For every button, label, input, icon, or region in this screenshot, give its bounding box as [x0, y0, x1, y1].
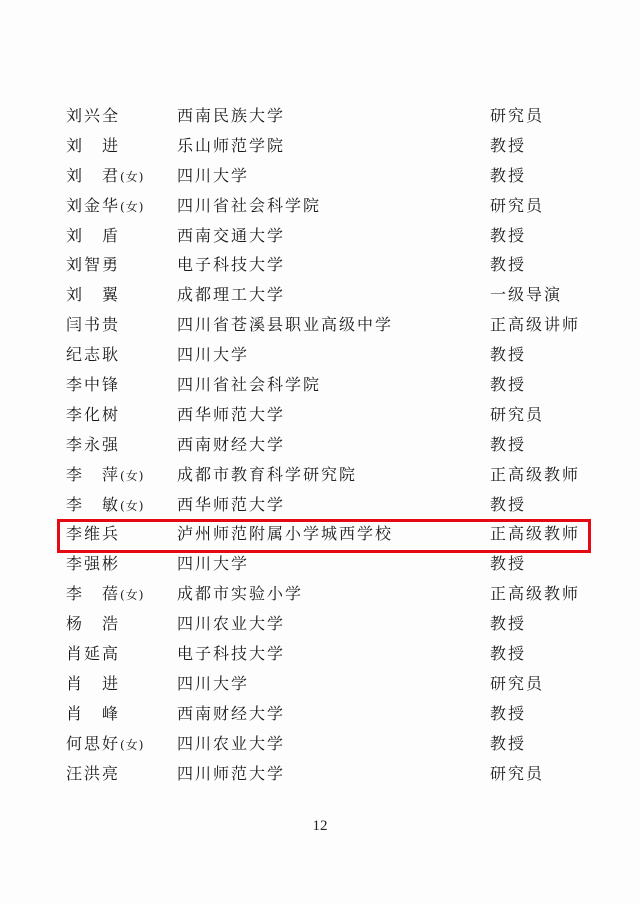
- table-row: 李敏(女)西华师范大学教授: [0, 490, 640, 520]
- person-name: 李蓓(女): [66, 579, 176, 611]
- professional-title: 正高级教师: [490, 460, 610, 490]
- table-row: 闫书贵四川省苍溪县职业高级中学正高级讲师: [0, 310, 640, 340]
- table-row: 刘金华(女)四川省社会科学院研究员: [0, 191, 640, 221]
- professional-title: 研究员: [490, 759, 610, 789]
- organization: 西华师范大学: [177, 400, 477, 430]
- professional-title: 教授: [490, 609, 610, 639]
- roster-list: 刘兴全西南民族大学研究员刘进乐山师范学院教授刘君(女)四川大学教授刘金华(女)四…: [0, 101, 640, 788]
- name-surname: 肖: [66, 669, 84, 699]
- professional-title: 教授: [490, 490, 610, 520]
- name-surname: 李: [66, 579, 84, 609]
- table-row: 肖延高电子科技大学教授: [0, 639, 640, 669]
- name-given: 萍: [102, 460, 120, 490]
- name-given: 蓓: [102, 579, 120, 609]
- name-full: 肖延高: [66, 639, 120, 669]
- name-surname: 杨: [66, 609, 84, 639]
- professional-title: 教授: [490, 250, 610, 280]
- name-full: 李中锋: [66, 370, 120, 400]
- name-full: 李维兵: [66, 519, 120, 549]
- professional-title: 正高级教师: [490, 579, 610, 609]
- gender-tag: (女): [120, 588, 144, 602]
- person-name: 刘智勇: [66, 250, 176, 280]
- person-name: 李强彬: [66, 549, 176, 579]
- professional-title: 教授: [490, 549, 610, 579]
- person-name: 汪洪亮: [66, 759, 176, 789]
- professional-title: 教授: [490, 221, 610, 251]
- organization: 西华师范大学: [177, 490, 477, 520]
- person-name: 刘翼: [66, 280, 176, 310]
- name-full: 何思好: [66, 729, 120, 759]
- person-name: 李敏(女): [66, 490, 176, 522]
- name-full: 汪洪亮: [66, 759, 120, 789]
- name-given: 进: [102, 669, 120, 699]
- gender-tag: (女): [120, 200, 144, 214]
- name-full: 纪志耿: [66, 340, 120, 370]
- name-surname: 刘: [66, 280, 84, 310]
- table-row: 刘智勇电子科技大学教授: [0, 250, 640, 280]
- organization: 成都市实验小学: [177, 579, 477, 609]
- professional-title: 研究员: [490, 400, 610, 430]
- person-name: 李中锋: [66, 370, 176, 400]
- table-row: 刘翼成都理工大学一级导演: [0, 280, 640, 310]
- organization: 四川省社会科学院: [177, 370, 477, 400]
- organization: 西南财经大学: [177, 699, 477, 729]
- person-name: 刘金华(女): [66, 191, 176, 223]
- organization: 四川省苍溪县职业高级中学: [177, 310, 477, 340]
- name-full: 李永强: [66, 430, 120, 460]
- table-row: 李强彬四川大学教授: [0, 549, 640, 579]
- person-name: 刘进: [66, 131, 176, 161]
- person-name: 杨浩: [66, 609, 176, 639]
- person-name: 李永强: [66, 430, 176, 460]
- organization: 电子科技大学: [177, 639, 477, 669]
- table-row: 李蓓(女)成都市实验小学正高级教师: [0, 579, 640, 609]
- table-row: 李化树西华师范大学研究员: [0, 400, 640, 430]
- page-number: 12: [0, 818, 640, 835]
- person-name: 纪志耿: [66, 340, 176, 370]
- name-given: 浩: [102, 609, 120, 639]
- table-row: 刘进乐山师范学院教授: [0, 131, 640, 161]
- organization: 泸州师范附属小学城西学校: [177, 519, 477, 549]
- organization: 西南民族大学: [177, 101, 477, 131]
- table-row: 纪志耿四川大学教授: [0, 340, 640, 370]
- professional-title: 研究员: [490, 669, 610, 699]
- name-surname: 肖: [66, 699, 84, 729]
- name-surname: 刘: [66, 131, 84, 161]
- name-full: 刘金华: [66, 191, 120, 221]
- organization: 四川省社会科学院: [177, 191, 477, 221]
- name-given: 进: [102, 131, 120, 161]
- name-full: 李化树: [66, 400, 120, 430]
- document-page: 刘兴全西南民族大学研究员刘进乐山师范学院教授刘君(女)四川大学教授刘金华(女)四…: [0, 0, 640, 904]
- organization: 四川农业大学: [177, 609, 477, 639]
- name-surname: 李: [66, 490, 84, 520]
- table-row: 李中锋四川省社会科学院教授: [0, 370, 640, 400]
- organization: 成都市教育科学研究院: [177, 460, 477, 490]
- name-given: 峰: [102, 699, 120, 729]
- table-row: 杨浩四川农业大学教授: [0, 609, 640, 639]
- table-row: 刘君(女)四川大学教授: [0, 161, 640, 191]
- organization: 乐山师范学院: [177, 131, 477, 161]
- professional-title: 教授: [490, 131, 610, 161]
- table-row: 汪洪亮四川师范大学研究员: [0, 759, 640, 789]
- person-name: 李化树: [66, 400, 176, 430]
- professional-title: 教授: [490, 639, 610, 669]
- name-given: 翼: [102, 280, 120, 310]
- name-full: 闫书贵: [66, 310, 120, 340]
- name-full: 刘兴全: [66, 101, 120, 131]
- professional-title: 教授: [490, 729, 610, 759]
- name-full: 李强彬: [66, 549, 120, 579]
- name-surname: 刘: [66, 161, 84, 191]
- person-name: 肖延高: [66, 639, 176, 669]
- professional-title: 教授: [490, 699, 610, 729]
- gender-tag: (女): [120, 738, 144, 752]
- organization: 电子科技大学: [177, 250, 477, 280]
- professional-title: 一级导演: [490, 280, 610, 310]
- person-name: 李萍(女): [66, 460, 176, 492]
- name-surname: 李: [66, 460, 84, 490]
- person-name: 刘兴全: [66, 101, 176, 131]
- name-given: 盾: [102, 221, 120, 251]
- organization: 四川大学: [177, 161, 477, 191]
- organization: 四川大学: [177, 549, 477, 579]
- person-name: 闫书贵: [66, 310, 176, 340]
- professional-title: 正高级教师: [490, 519, 610, 549]
- gender-tag: (女): [120, 499, 144, 513]
- table-row: 刘盾西南交通大学教授: [0, 221, 640, 251]
- gender-tag: (女): [120, 170, 144, 184]
- table-row: 肖峰西南财经大学教授: [0, 699, 640, 729]
- organization: 四川师范大学: [177, 759, 477, 789]
- organization: 四川大学: [177, 669, 477, 699]
- person-name: 肖峰: [66, 699, 176, 729]
- table-row: 刘兴全西南民族大学研究员: [0, 101, 640, 131]
- organization: 成都理工大学: [177, 280, 477, 310]
- table-row: 肖进四川大学研究员: [0, 669, 640, 699]
- organization: 四川农业大学: [177, 729, 477, 759]
- professional-title: 正高级讲师: [490, 310, 610, 340]
- table-row: 李萍(女)成都市教育科学研究院正高级教师: [0, 460, 640, 490]
- person-name: 肖进: [66, 669, 176, 699]
- name-given: 敏: [102, 490, 120, 520]
- name-surname: 刘: [66, 221, 84, 251]
- organization: 西南财经大学: [177, 430, 477, 460]
- professional-title: 教授: [490, 370, 610, 400]
- professional-title: 教授: [490, 340, 610, 370]
- person-name: 刘君(女): [66, 161, 176, 193]
- person-name: 李维兵: [66, 519, 176, 549]
- name-full: 刘智勇: [66, 250, 120, 280]
- professional-title: 教授: [490, 161, 610, 191]
- gender-tag: (女): [120, 469, 144, 483]
- professional-title: 研究员: [490, 101, 610, 131]
- professional-title: 研究员: [490, 191, 610, 221]
- table-row: 何思好(女)四川农业大学教授: [0, 729, 640, 759]
- table-row-highlighted: 李维兵泸州师范附属小学城西学校正高级教师: [0, 519, 640, 549]
- table-row: 李永强西南财经大学教授: [0, 430, 640, 460]
- person-name: 刘盾: [66, 221, 176, 251]
- professional-title: 教授: [490, 430, 610, 460]
- organization: 四川大学: [177, 340, 477, 370]
- name-given: 君: [102, 161, 120, 191]
- person-name: 何思好(女): [66, 729, 176, 761]
- organization: 西南交通大学: [177, 221, 477, 251]
